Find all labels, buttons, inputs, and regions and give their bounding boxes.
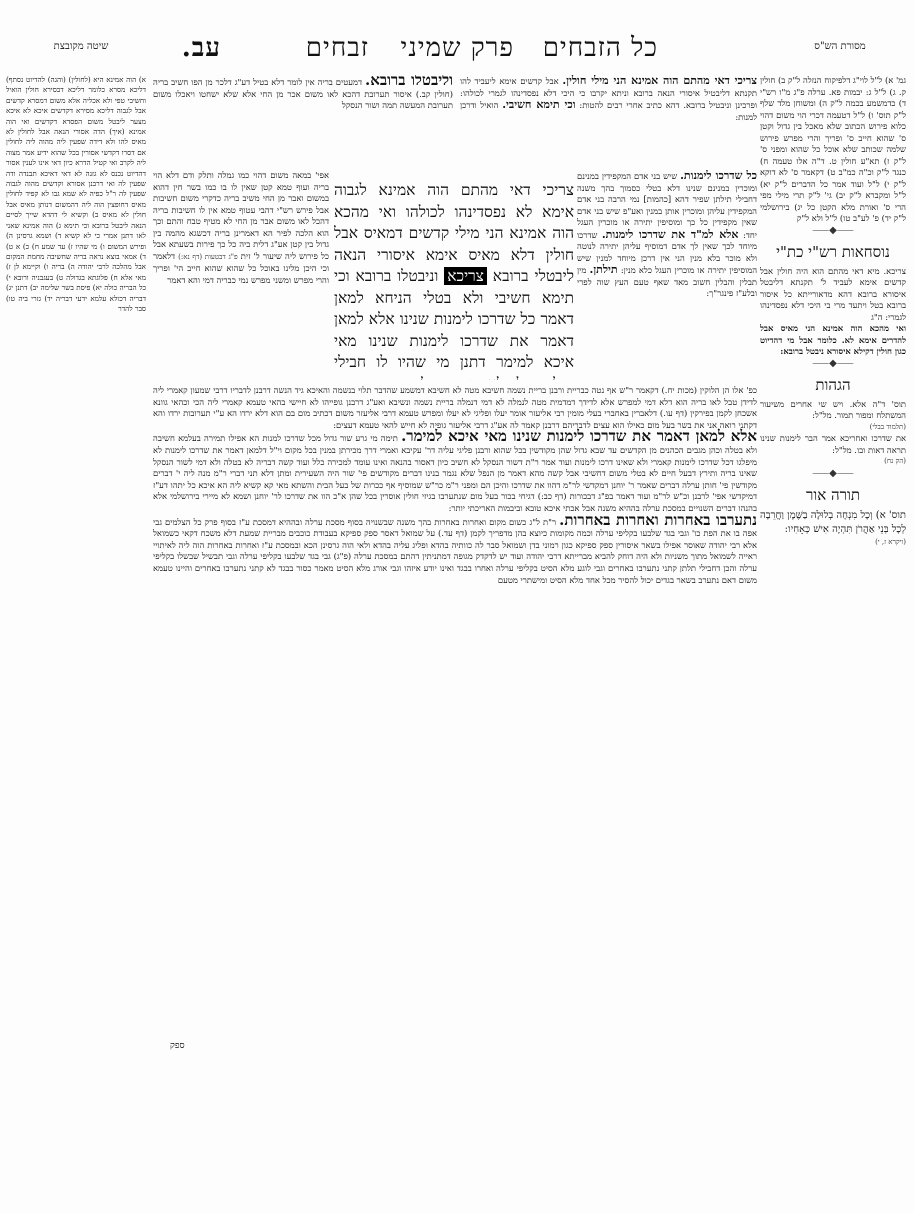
- shita-mekubetzet-header: שיטה מקובצת: [46, 40, 116, 53]
- chapter-name: כל הזבחים: [543, 33, 658, 63]
- tosafot-text-2: אפי' במאה משום דהוי כמו גמלה ותלק ודם דל…: [153, 170, 329, 261]
- rashi-dh-5: תילתן.: [590, 263, 618, 276]
- bottom-dibur-hamatchil-2: נתערבו באחרות ואחרות באחרות.: [559, 511, 757, 529]
- nuschaot-text: צריכא. מיא דאי מהתם הוא היה חולין אבל קד…: [760, 266, 906, 324]
- nuschaot-text-2: ואי מהכא הוה אמינא הני מאיס אבל להדרים א…: [760, 323, 906, 358]
- nuschaot-title: נוסחאות רש"י כת"י: [760, 243, 906, 262]
- ornament-divider-icon: ⸺◆⸺: [760, 358, 906, 370]
- ornament-divider-icon: ⸺◆⸺: [760, 225, 906, 237]
- torah-or-title: תורה אור: [760, 486, 906, 505]
- bottom-commentary: כפ' אלו הן הלוקין (מכות יח.) דקאמר ר"ש א…: [153, 385, 757, 1035]
- hagahot-text: תוס' ד"ה אלא. ויש שי אחרים משיעור המשתלח…: [760, 399, 906, 422]
- hagahot-note-2: (הק נח): [760, 456, 906, 468]
- rashi-side: כל שדרכו לימנות. שיש בני אדם המקפידין במ…: [577, 170, 757, 380]
- rashi-dibur-hamatchil: צריכי דאי מהתם הוה אמינא הני מילי חולין.: [562, 75, 757, 87]
- gemara-text: צריכי דאי מהתם הוה אמינא לגבוה אימא לא נ…: [334, 180, 574, 380]
- shita-mekubetzet-text-more: ד) אמאי בוצא נראה בריה שחשיבה מחמת המקום…: [6, 252, 146, 313]
- torah-or-verse: תוס' א) וְכָל מִנְחָה בְלוּלָה בַשֶּׁמֶן…: [760, 509, 906, 537]
- tosafot-footer-ref: פ"ג דבטעות (דף נא:): [178, 253, 237, 261]
- rashi-dh-3: כל שדרכו לימנות.: [680, 170, 757, 182]
- tractate-name: זבחים: [306, 33, 369, 63]
- catchword: ספק: [170, 1040, 185, 1051]
- masoret-hashas-header: מסורת הש"ס: [810, 40, 870, 53]
- tzricha-marker: צריכא: [444, 267, 487, 285]
- torah-or-source: (ויקרא ז, י): [760, 537, 906, 549]
- bottom-dibur-hamatchil: אלא למאן דאמר את שדרכו לימנות שנינו מאי …: [401, 427, 757, 445]
- right-margin-column: גמ' א) ל"ל לוי"ג דלפיקוח הנזלה ל"ק ב) חו…: [760, 75, 906, 548]
- masoret-hashas-text: גמ' א) ל"ל לוי"ג דלפיקוח הנזלה ל"ק ב) חו…: [760, 75, 906, 225]
- perek-number: פרק שמיני: [401, 33, 514, 63]
- shita-mekubetzet-column: א) הוה אמינא היא (לחולין) (והגה) להדיוט …: [6, 75, 146, 1095]
- ornament-divider-icon: ⸺◆⸺: [760, 468, 906, 480]
- bottom-text-1: כפ' אלו הן הלוקין (מכות יח.) דקאמר ר"ש א…: [153, 385, 757, 430]
- hagahot-note: (תלמוד בבלי): [760, 422, 906, 434]
- rashi-dh-4: אלא למ"ד את שדרכו לימנות.: [602, 228, 739, 241]
- rashi-top: צריכי דאי מהתם הוה אמינא הני מילי חולין.…: [460, 75, 757, 170]
- tosafot-top: וליבטלו ברובא. דמעטים בריה אין לומר דלא …: [153, 75, 453, 170]
- talmud-page: מסורת הש"ס כל הזבחים פרק שמיני זבחים עב.…: [0, 0, 914, 1213]
- shita-mekubetzet-text: א) הוה אמינא היא (לחולין) (והגה) להדיוט …: [6, 75, 146, 251]
- daf-number: עב.: [182, 33, 221, 63]
- hagahot-title: הגהות: [760, 376, 906, 395]
- rashi-dh-2: וכי תימא חשיבי.: [502, 98, 575, 111]
- tosafot-dibur-hamatchil: וליבטלו ברובא.: [365, 75, 453, 89]
- hagahot-text-2: את שדרכו ואחריכא אמר הבר לימנות שנינו תר…: [760, 433, 906, 456]
- tosafot-side: אפי' במאה משום דהוי כמו גמלה ותלק ודם דל…: [153, 170, 329, 380]
